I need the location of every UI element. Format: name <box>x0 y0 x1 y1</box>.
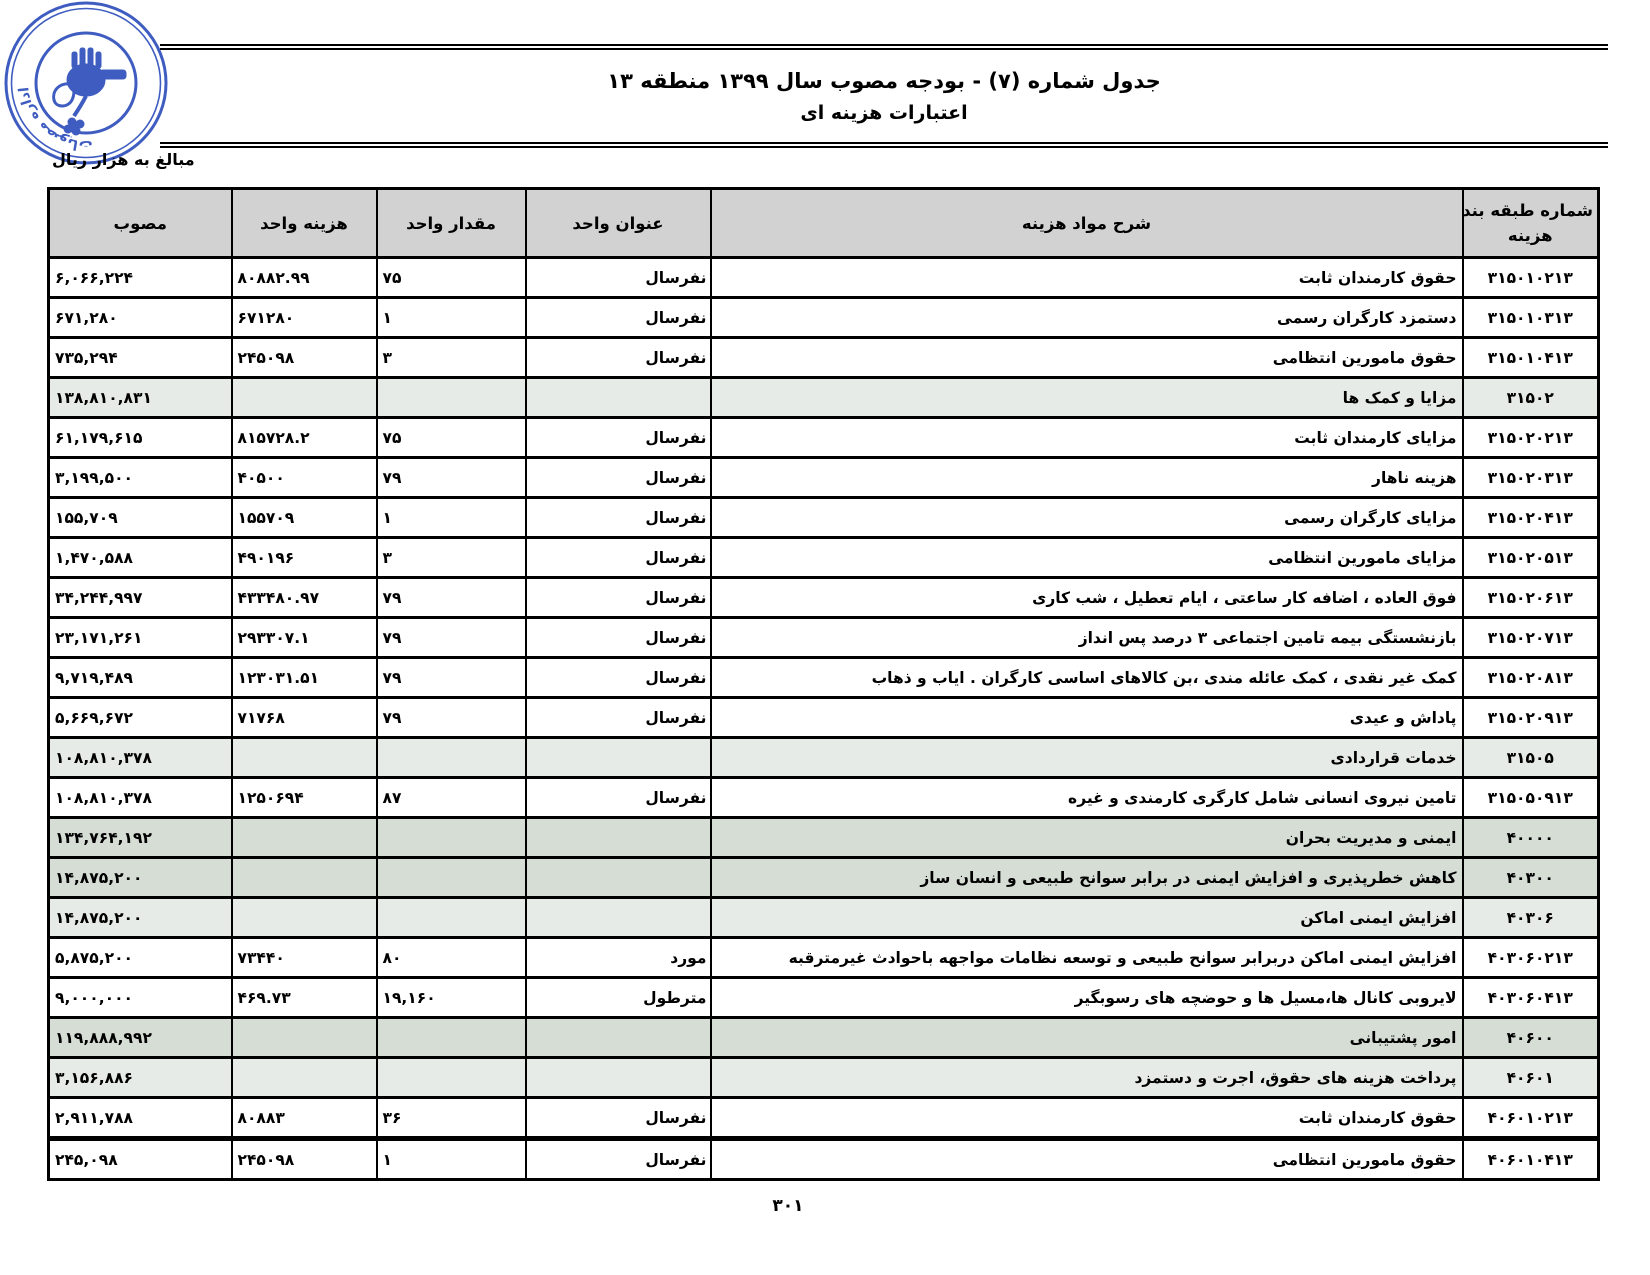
cell-description: مزایای مامورین انتظامی <box>711 538 1463 578</box>
cell-unit-cost: ۷۳۴۴۰ <box>232 938 377 978</box>
cell-approved: ۱۵۵,۷۰۹ <box>49 498 232 538</box>
cell-description: هزینه ناهار <box>711 458 1463 498</box>
table-row: ۳۱۵۰۲۰۳۱۳ هزینه ناهار نفرسال ۷۹ ۴۰۵۰۰ ۳,… <box>49 458 1599 498</box>
table-row: ۳۱۵۰۱۰۴۱۳ حقوق مامورین انتظامی نفرسال ۳ … <box>49 338 1599 378</box>
cell-classification-code: ۳۱۵۰۲۰۲۱۳ <box>1463 418 1599 458</box>
cell-unit-qty: ۱ <box>377 1139 526 1180</box>
cell-unit-cost: ۲۴۵۰۹۸ <box>232 1139 377 1180</box>
cell-unit-qty <box>377 378 526 418</box>
cell-unit-title: نفرسال <box>526 618 711 658</box>
cell-unit-cost: ۲۹۳۳۰۷.۱ <box>232 618 377 658</box>
cell-unit-title <box>526 858 711 898</box>
cell-unit-title: نفرسال <box>526 538 711 578</box>
column-header-unit-cost: هزینه واحد <box>232 189 377 258</box>
cell-unit-title: نفرسال <box>526 778 711 818</box>
cell-classification-code: ۳۱۵۰۲۰۶۱۳ <box>1463 578 1599 618</box>
cell-unit-cost <box>232 378 377 418</box>
cell-classification-code: ۴۰۰۰۰ <box>1463 818 1599 858</box>
budget-document-page: { "stamp": { "ring_text": "اداره مصوبات … <box>0 0 1650 1275</box>
cell-unit-cost: ۲۴۵۰۹۸ <box>232 338 377 378</box>
cell-approved: ۱,۴۷۰,۵۸۸ <box>49 538 232 578</box>
cell-unit-cost: ۱۵۵۷۰۹ <box>232 498 377 538</box>
cell-approved: ۳,۱۵۶,۸۸۶ <box>49 1058 232 1098</box>
cell-classification-code: ۳۱۵۰۲۰۷۱۳ <box>1463 618 1599 658</box>
table-row: ۳۱۵۰۵۰۹۱۳ تامین نیروی انسانی شامل کارگری… <box>49 778 1599 818</box>
cell-approved: ۶۱,۱۷۹,۶۱۵ <box>49 418 232 458</box>
cell-unit-qty: ۸۷ <box>377 778 526 818</box>
cell-unit-cost: ۴۰۵۰۰ <box>232 458 377 498</box>
cell-unit-cost <box>232 898 377 938</box>
cell-unit-qty: ۷۹ <box>377 658 526 698</box>
table-body: ۳۱۵۰۱۰۲۱۳ حقوق کارمندان ثابت نفرسال ۷۵ ۸… <box>49 258 1599 1180</box>
cell-unit-cost: ۶۷۱۲۸۰ <box>232 298 377 338</box>
cell-unit-qty: ۷۹ <box>377 618 526 658</box>
cell-approved: ۳۴,۲۴۴,۹۹۷ <box>49 578 232 618</box>
cell-unit-title <box>526 1018 711 1058</box>
table-row: ۳۱۵۰۱۰۲۱۳ حقوق کارمندان ثابت نفرسال ۷۵ ۸… <box>49 258 1599 298</box>
cell-description: مزایای کارمندان ثابت <box>711 418 1463 458</box>
cell-classification-code: ۳۱۵۰۱۰۲۱۳ <box>1463 258 1599 298</box>
table-row: ۳۱۵۰۵ خدمات قراردادی ۱۰۸,۸۱۰,۳۷۸ <box>49 738 1599 778</box>
table-header-row: شماره طبقه بندی هزینه شرح مواد هزینه عنو… <box>49 189 1599 258</box>
cell-approved: ۵,۸۷۵,۲۰۰ <box>49 938 232 978</box>
cell-unit-qty: ۳۶ <box>377 1098 526 1139</box>
table-row: ۴۰۳۰۶۰۴۱۳ لایروبی کانال ها،مسیل ها و حوض… <box>49 978 1599 1018</box>
cell-description: دستمزد کارگران رسمی <box>711 298 1463 338</box>
table-row: ۴۰۶۰۱۰۲۱۳ حقوق کارمندان ثابت نفرسال ۳۶ ۸… <box>49 1098 1599 1139</box>
cell-unit-cost: ۸۰۸۸۳ <box>232 1098 377 1139</box>
cell-description: خدمات قراردادی <box>711 738 1463 778</box>
cell-unit-qty <box>377 738 526 778</box>
table-row: ۳۱۵۰۲۰۸۱۳ کمک غیر نقدی ، کمک عائله مندی … <box>49 658 1599 698</box>
cell-unit-cost: ۸۰۸۸۲.۹۹ <box>232 258 377 298</box>
cell-description: کمک غیر نقدی ، کمک عائله مندی ،بن کالاها… <box>711 658 1463 698</box>
cell-description: حقوق کارمندان ثابت <box>711 1098 1463 1139</box>
cell-unit-title <box>526 738 711 778</box>
cell-classification-code: ۴۰۶۰۱۰۴۱۳ <box>1463 1139 1599 1180</box>
column-header-unit-title: عنوان واحد <box>526 189 711 258</box>
cell-approved: ۲۴۵,۰۹۸ <box>49 1139 232 1180</box>
cell-unit-qty: ۱۹,۱۶۰ <box>377 978 526 1018</box>
cell-unit-cost: ۷۱۷۶۸ <box>232 698 377 738</box>
cell-unit-qty: ۷۹ <box>377 458 526 498</box>
cell-unit-qty: ۷۵ <box>377 258 526 298</box>
cell-approved: ۱۱۹,۸۸۸,۹۹۲ <box>49 1018 232 1058</box>
cell-classification-code: ۳۱۵۰۵۰۹۱۳ <box>1463 778 1599 818</box>
cell-unit-title: نفرسال <box>526 658 711 698</box>
cell-unit-qty: ۱ <box>377 298 526 338</box>
table-row: ۴۰۶۰۰ امور پشتیبانی ۱۱۹,۸۸۸,۹۹۲ <box>49 1018 1599 1058</box>
cell-classification-code: ۴۰۶۰۱۰۲۱۳ <box>1463 1098 1599 1139</box>
cell-classification-code: ۳۱۵۰۲ <box>1463 378 1599 418</box>
column-header-approved: مصوب <box>49 189 232 258</box>
table-row: ۴۰۰۰۰ ایمنی و مدیریت بحران ۱۳۴,۷۶۴,۱۹۲ <box>49 818 1599 858</box>
cell-approved: ۱۰۸,۸۱۰,۳۷۸ <box>49 778 232 818</box>
title-box: جدول شماره (۷) - بودجه مصوب سال ۱۳۹۹ منط… <box>160 44 1608 148</box>
cell-description: امور پشتیبانی <box>711 1018 1463 1058</box>
cell-approved: ۵,۶۶۹,۶۷۲ <box>49 698 232 738</box>
cell-classification-code: ۴۰۶۰۱ <box>1463 1058 1599 1098</box>
cell-description: بازنشستگی بیمه تامین اجتماعی ۳ درصد پس ا… <box>711 618 1463 658</box>
cell-unit-title: نفرسال <box>526 418 711 458</box>
cell-unit-cost: ۱۲۵۰۶۹۴ <box>232 778 377 818</box>
table-row: ۴۰۶۰۱ پرداخت هزینه های حقوق، اجرت و دستم… <box>49 1058 1599 1098</box>
table-row: ۴۰۳۰۰ کاهش خطرپذیری و افزایش ایمنی در بر… <box>49 858 1599 898</box>
cell-description: تامین نیروی انسانی شامل کارگری کارمندی و… <box>711 778 1463 818</box>
cell-unit-qty <box>377 818 526 858</box>
column-header-description: شرح مواد هزینه <box>711 189 1463 258</box>
cell-unit-title: مورد <box>526 938 711 978</box>
cell-unit-cost <box>232 738 377 778</box>
cell-approved: ۶,۰۶۶,۲۲۴ <box>49 258 232 298</box>
table-row: ۳۱۵۰۲۰۴۱۳ مزایای کارگران رسمی نفرسال ۱ ۱… <box>49 498 1599 538</box>
table-header: شماره طبقه بندی هزینه شرح مواد هزینه عنو… <box>49 189 1599 258</box>
units-note: مبالغ به هزار ریال <box>52 150 195 169</box>
cell-unit-qty: ۷۵ <box>377 418 526 458</box>
cell-approved: ۲,۹۱۱,۷۸۸ <box>49 1098 232 1139</box>
table-row: ۴۰۳۰۶ افزایش ایمنی اماکن ۱۴,۸۷۵,۲۰۰ <box>49 898 1599 938</box>
cell-approved: ۱۴,۸۷۵,۲۰۰ <box>49 898 232 938</box>
table-row: ۴۰۶۰۱۰۴۱۳ حقوق مامورین انتظامی نفرسال ۱ … <box>49 1139 1599 1180</box>
cell-approved: ۱۰۸,۸۱۰,۳۷۸ <box>49 738 232 778</box>
table-row: ۴۰۳۰۶۰۲۱۳ افزایش ایمنی اماکن دربرابر سوا… <box>49 938 1599 978</box>
cell-unit-title: نفرسال <box>526 578 711 618</box>
column-header-code: شماره طبقه بندی هزینه <box>1463 189 1599 258</box>
cell-unit-cost: ۱۲۳۰۳۱.۵۱ <box>232 658 377 698</box>
cell-unit-title: نفرسال <box>526 338 711 378</box>
cell-description: حقوق مامورین انتظامی <box>711 1139 1463 1180</box>
cell-description: حقوق کارمندان ثابت <box>711 258 1463 298</box>
cell-classification-code: ۴۰۳۰۰ <box>1463 858 1599 898</box>
cell-description: حقوق مامورین انتظامی <box>711 338 1463 378</box>
cell-unit-qty <box>377 1018 526 1058</box>
table-row: ۳۱۵۰۲۰۷۱۳ بازنشستگی بیمه تامین اجتماعی ۳… <box>49 618 1599 658</box>
cell-unit-cost: ۸۱۵۷۲۸.۲ <box>232 418 377 458</box>
cell-description: مزایای کارگران رسمی <box>711 498 1463 538</box>
cell-unit-title <box>526 818 711 858</box>
cell-approved: ۱۳۸,۸۱۰,۸۳۱ <box>49 378 232 418</box>
cell-unit-qty <box>377 898 526 938</box>
cell-unit-qty: ۱ <box>377 498 526 538</box>
cell-unit-cost: ۴۳۳۴۸۰.۹۷ <box>232 578 377 618</box>
cell-classification-code: ۳۱۵۰۱۰۳۱۳ <box>1463 298 1599 338</box>
cell-unit-qty: ۷۹ <box>377 578 526 618</box>
column-header-code-line2: هزینه <box>1468 226 1594 245</box>
cell-classification-code: ۳۱۵۰۱۰۴۱۳ <box>1463 338 1599 378</box>
table-row: ۳۱۵۰۱۰۳۱۳ دستمزد کارگران رسمی نفرسال ۱ ۶… <box>49 298 1599 338</box>
cell-classification-code: ۴۰۳۰۶۰۴۱۳ <box>1463 978 1599 1018</box>
council-stamp-logo: اداره مصوبات شورای اسلامی شهر تهران <box>2 0 174 172</box>
cell-unit-title <box>526 378 711 418</box>
cell-approved: ۶۷۱,۲۸۰ <box>49 298 232 338</box>
cell-approved: ۷۳۵,۲۹۴ <box>49 338 232 378</box>
cell-unit-qty: ۷۹ <box>377 698 526 738</box>
cell-classification-code: ۴۰۳۰۶ <box>1463 898 1599 938</box>
cell-description: پرداخت هزینه های حقوق، اجرت و دستمزد <box>711 1058 1463 1098</box>
budget-table: شماره طبقه بندی هزینه شرح مواد هزینه عنو… <box>47 187 1600 1181</box>
cell-classification-code: ۳۱۵۰۲۰۴۱۳ <box>1463 498 1599 538</box>
cell-classification-code: ۴۰۶۰۰ <box>1463 1018 1599 1058</box>
cell-unit-cost <box>232 1018 377 1058</box>
cell-classification-code: ۳۱۵۰۲۰۸۱۳ <box>1463 658 1599 698</box>
cell-unit-title: نفرسال <box>526 498 711 538</box>
cell-unit-title: نفرسال <box>526 298 711 338</box>
cell-unit-cost: ۴۹۰۱۹۶ <box>232 538 377 578</box>
cell-unit-qty <box>377 1058 526 1098</box>
cell-description: فوق العاده ، اضافه کار ساعتی ، ایام تعطی… <box>711 578 1463 618</box>
cell-approved: ۹,۰۰۰,۰۰۰ <box>49 978 232 1018</box>
cell-classification-code: ۳۱۵۰۲۰۳۱۳ <box>1463 458 1599 498</box>
document-subtitle: اعتبارات هزینه ای <box>800 102 967 124</box>
cell-unit-cost <box>232 1058 377 1098</box>
cell-description: کاهش خطرپذیری و افزایش ایمنی در برابر سو… <box>711 858 1463 898</box>
cell-unit-qty <box>377 858 526 898</box>
cell-unit-title: نفرسال <box>526 458 711 498</box>
cell-unit-title: نفرسال <box>526 1098 711 1139</box>
cell-approved: ۱۳۴,۷۶۴,۱۹۲ <box>49 818 232 858</box>
cell-description: لایروبی کانال ها،مسیل ها و حوضچه های رسو… <box>711 978 1463 1018</box>
column-header-code-line1: شماره طبقه بندی <box>1468 201 1594 220</box>
cell-classification-code: ۳۱۵۰۲۰۵۱۳ <box>1463 538 1599 578</box>
cell-unit-qty: ۳ <box>377 538 526 578</box>
cell-approved: ۹,۷۱۹,۴۸۹ <box>49 658 232 698</box>
cell-unit-qty: ۳ <box>377 338 526 378</box>
document-title: جدول شماره (۷) - بودجه مصوب سال ۱۳۹۹ منط… <box>607 69 1160 93</box>
cell-classification-code: ۳۱۵۰۵ <box>1463 738 1599 778</box>
table-row: ۳۱۵۰۲۰۶۱۳ فوق العاده ، اضافه کار ساعتی ،… <box>49 578 1599 618</box>
cell-approved: ۳,۱۹۹,۵۰۰ <box>49 458 232 498</box>
cell-classification-code: ۴۰۳۰۶۰۲۱۳ <box>1463 938 1599 978</box>
cell-unit-title <box>526 898 711 938</box>
cell-unit-title: نفرسال <box>526 698 711 738</box>
cell-unit-cost <box>232 818 377 858</box>
cell-unit-title: نفرسال <box>526 1139 711 1180</box>
cell-description: ایمنی و مدیریت بحران <box>711 818 1463 858</box>
cell-classification-code: ۳۱۵۰۲۰۹۱۳ <box>1463 698 1599 738</box>
cell-description: پاداش و عیدی <box>711 698 1463 738</box>
cell-unit-title: نفرسال <box>526 258 711 298</box>
column-header-unit-qty: مقدار واحد <box>377 189 526 258</box>
cell-description: افزایش ایمنی اماکن <box>711 898 1463 938</box>
cell-unit-cost: ۴۶۹.۷۳ <box>232 978 377 1018</box>
cell-unit-qty: ۸۰ <box>377 938 526 978</box>
table-row: ۳۱۵۰۲۰۲۱۳ مزایای کارمندان ثابت نفرسال ۷۵… <box>49 418 1599 458</box>
cell-unit-title: مترطول <box>526 978 711 1018</box>
table-row: ۳۱۵۰۲۰۹۱۳ پاداش و عیدی نفرسال ۷۹ ۷۱۷۶۸ ۵… <box>49 698 1599 738</box>
cell-approved: ۱۴,۸۷۵,۲۰۰ <box>49 858 232 898</box>
cell-description: افزایش ایمنی اماکن دربرابر سوانح طبیعی و… <box>711 938 1463 978</box>
cell-approved: ۲۳,۱۷۱,۲۶۱ <box>49 618 232 658</box>
table-row: ۳۱۵۰۲۰۵۱۳ مزایای مامورین انتظامی نفرسال … <box>49 538 1599 578</box>
cell-unit-title <box>526 1058 711 1098</box>
page-number: ۳۰۱ <box>0 1196 1576 1216</box>
cell-unit-cost <box>232 858 377 898</box>
table-row: ۳۱۵۰۲ مزایا و کمک ها ۱۳۸,۸۱۰,۸۳۱ <box>49 378 1599 418</box>
cell-description: مزایا و کمک ها <box>711 378 1463 418</box>
